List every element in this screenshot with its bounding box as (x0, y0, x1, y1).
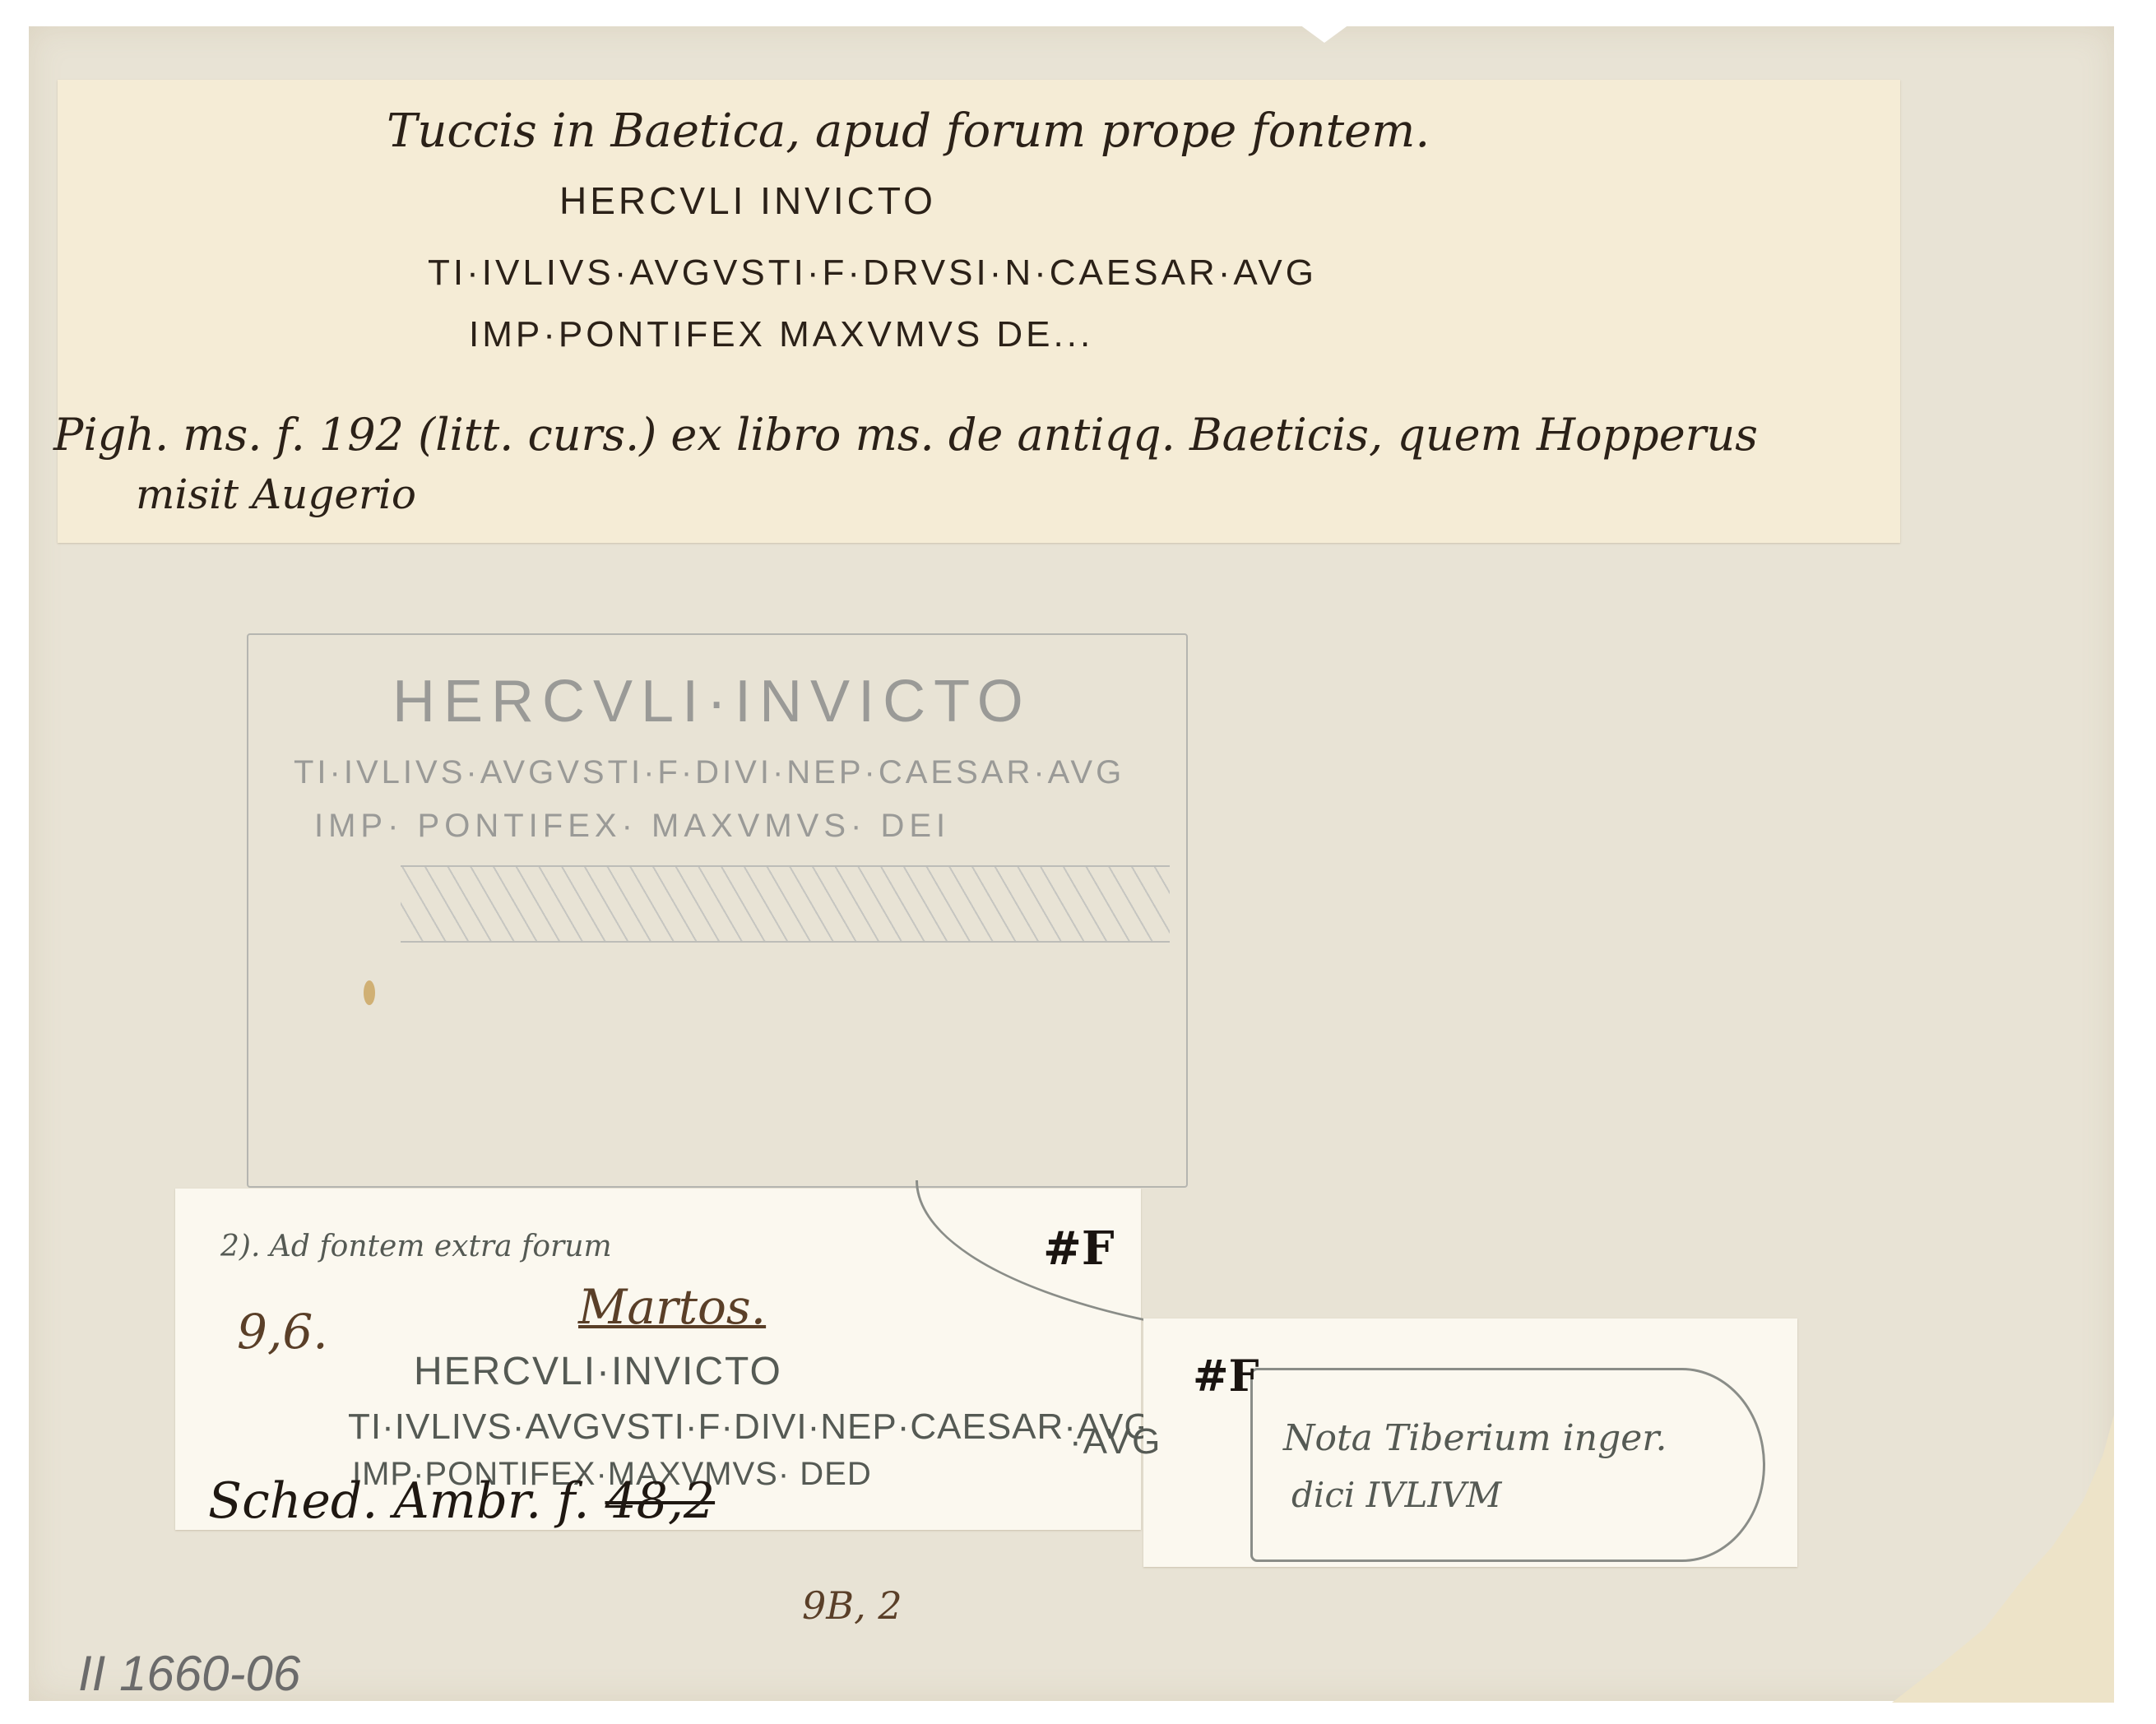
bl-inscription-line-2: TI·IVLIVS·AVGVSTI·F·DIVI·NEP·CAESAR·AVG (348, 1407, 1153, 1448)
top-slip-heading: Tuccis in Baetica, apud forum prope font… (387, 104, 1430, 158)
bottom-right-slip: #F ·AVG Nota Tiberium inger. dici IVLIVM (1143, 1318, 1797, 1567)
br-note-line-2: dici IVLIVM (1291, 1475, 1501, 1515)
sketch-line-1: HERCVLI·INVICTO (392, 668, 1032, 735)
stain (364, 980, 375, 1005)
bottom-left-slip: 2). Ad fontem extra forum 9,6. Martos. #… (175, 1189, 1141, 1530)
bl-number: 9,6. (237, 1304, 328, 1360)
bl-inscription-line-1: HERCVLI·INVICTO (414, 1349, 782, 1394)
bl-reference: Sched. Ambr. f. 48,2 (208, 1472, 715, 1530)
br-continuation: ·AVG (1069, 1421, 1161, 1462)
bl-reference-struck: 48,2 (605, 1472, 716, 1530)
loose-reference: 9B, 2 (802, 1583, 902, 1628)
bl-mark: #F (1043, 1221, 1115, 1276)
pencil-sketch: HERCVLI·INVICTO TI·IVLIVS·AVGVSTI·F·DIVI… (247, 633, 1188, 1188)
pencil-outline (1250, 1368, 1765, 1562)
top-slip: Tuccis in Baetica, apud forum prope font… (58, 80, 1900, 543)
sketch-line-3: IMP· PONTIFEX· MAXVMVS· DEI (314, 808, 950, 845)
sketch-line-2: TI·IVLIVS·AVGVSTI·F·DIVI·NEP·CAESAR·AVG (294, 754, 1124, 791)
top-inscription-line-3: IMP·PONTIFEX MAXVMVS DE... (469, 314, 1093, 355)
top-inscription-line-2: TI·IVLIVS·AVGVSTI·F·DRVSI·N·CAESAR·AVG (428, 253, 1317, 294)
sheet-notch (1300, 25, 1349, 43)
top-note-line-1: Pigh. ms. f. 192 (litt. curs.) ex libro … (53, 409, 1758, 461)
sketch-hatched-band (401, 865, 1170, 943)
top-inscription-line-1: HERCVLI INVICTO (559, 178, 936, 223)
top-note-line-2: misit Augerio (136, 470, 416, 518)
br-mark: #F (1193, 1351, 1259, 1402)
bl-reference-prefix: Sched. Ambr. f. (208, 1472, 589, 1530)
inventory-number: II 1660-06 (78, 1645, 300, 1702)
bl-name: Martos. (578, 1279, 766, 1335)
bl-location: 2). Ad fontem extra forum (220, 1230, 612, 1263)
br-note-line-1: Nota Tiberium inger. (1283, 1417, 1667, 1459)
